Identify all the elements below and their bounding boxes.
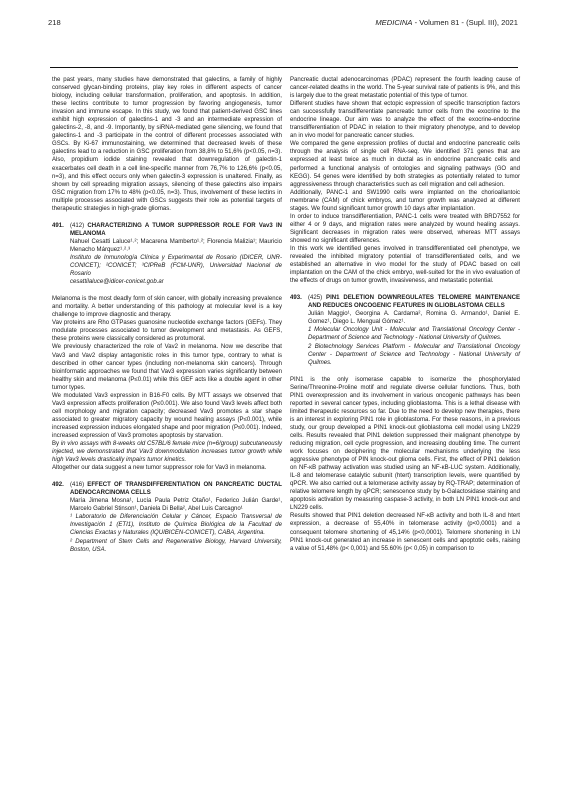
abstract-paragraph: We previously characterized the role of … — [52, 343, 282, 391]
abstract-authors: María Jimena Mosna¹, Lucía Paula Petriz … — [70, 497, 282, 513]
journal-volume: - Volumen 81 - (Supl. III), 2021 — [412, 18, 518, 27]
abstract-number: 491. — [52, 222, 70, 286]
journal-citation: MEDICINA - Volumen 81 - (Supl. III), 202… — [375, 18, 518, 27]
abstract-authors: Nahuel Cesatti Laluce¹˒²; Macarena Mambe… — [70, 238, 282, 254]
left-column: the past years, many studies have demons… — [52, 76, 282, 554]
page-header: 218 MEDICINA - Volumen 81 - (Supl. III),… — [48, 18, 518, 27]
abstract-body: PIN1 is the only isomerase capable to is… — [290, 376, 520, 553]
abstract-492: 492. (416) EFFECT OF TRANSDIFFERENTIATIO… — [52, 481, 282, 553]
abstract-affiliation: ² Department of Stem Cells and Regenerat… — [70, 538, 282, 554]
abstract-paragraph: Vav proteins are Rho GTPases guanosine n… — [52, 319, 282, 343]
abstract-number: 493. — [290, 294, 308, 366]
abstract-paragraph: Results showed that PIN1 deletion decrea… — [290, 512, 520, 552]
abstract-paragraph: Altogether our data suggest a new tumor … — [52, 464, 282, 472]
abstract-paragraph: PIN1 is the only isomerase capable to is… — [290, 376, 520, 513]
in-vivo-paragraph: in vivo assays with 8-weeks old C57BL/6 … — [52, 441, 282, 463]
abstract-body: Melanoma is the most deadly form of skin… — [52, 295, 282, 472]
abstract-affiliation: ¹ Laboratorio de Diferenciación Celular … — [70, 513, 282, 537]
continuation-paragraph: the past years, many studies have demons… — [52, 76, 282, 213]
abstract-title: (425) PIN1 DELETION DOWNREGULATES TELOME… — [308, 294, 520, 310]
abstract-code: (425) — [308, 295, 322, 301]
abstract-paragraph: In this work we identified genes involve… — [290, 245, 520, 285]
abstract-paragraph: Additionally, PANC-1 and SW1990 cells we… — [290, 189, 520, 213]
header-rule — [50, 67, 518, 68]
abstract-paragraph: We compared the gene expression profiles… — [290, 140, 520, 188]
abstract-title: (412) CHARACTERIZING A TUMOR SUPPRESSOR … — [70, 222, 282, 238]
abstract-title: (416) EFFECT OF TRANSDIFFERENTIATION ON … — [70, 481, 282, 497]
abstract-affiliation: 1 Molecular Oncology Unit - Molecular an… — [308, 326, 520, 342]
abstract-492-body: Pancreatic ductal adenocarcinomas (PDAC)… — [290, 76, 520, 285]
abstract-code: (416) — [70, 482, 84, 488]
abstract-paragraph: Melanoma is the most deadly form of skin… — [52, 295, 282, 319]
abstract-paragraph: We modulated Vav3 expression in B16-F0 c… — [52, 392, 282, 440]
abstract-email: cesattilaluce@idicer-conicet.gob.ar — [70, 278, 282, 286]
abstract-title-text: EFFECT OF TRANSDIFFERENTIATION ON PANCRE… — [70, 482, 282, 496]
abstract-491: 491. (412) CHARACTERIZING A TUMOR SUPPRE… — [52, 222, 282, 472]
abstract-number: 492. — [52, 481, 70, 553]
abstract-header: 491. (412) CHARACTERIZING A TUMOR SUPPRE… — [52, 222, 282, 286]
abstract-title-text: CHARACTERIZING A TUMOR SUPPRESSOR ROLE F… — [70, 223, 282, 237]
page-number: 218 — [48, 18, 61, 27]
abstract-paragraph: Pancreatic ductal adenocarcinomas (PDAC)… — [290, 76, 520, 100]
abstract-authors: Julián Maggio¹, Georgina A. Cardama², Ro… — [308, 310, 520, 326]
abstract-affiliation: Instituto de Inmunología Clínica y Exper… — [70, 254, 282, 278]
abstract-code: (412) — [70, 223, 84, 229]
abstract-affiliation: 2 Biotechnology Services Platform - Mole… — [308, 343, 520, 367]
abstract-493: 493. (425) PIN1 DELETION DOWNREGULATES T… — [290, 294, 520, 552]
abstract-header: 492. (416) EFFECT OF TRANSDIFFERENTIATIO… — [52, 481, 282, 553]
abstract-paragraph: By in vivo assays with 8-weeks old C57BL… — [52, 440, 282, 464]
journal-name: MEDICINA — [375, 18, 412, 27]
abstract-paragraph: Different studies have shown that ectopi… — [290, 100, 520, 140]
right-column: Pancreatic ductal adenocarcinomas (PDAC)… — [290, 76, 520, 553]
abstract-title-text: PIN1 DELETION DOWNREGULATES TELOMERE MAI… — [308, 295, 520, 309]
abstract-paragraph: In order to induce transdifferentiation,… — [290, 213, 520, 245]
abstract-header: 493. (425) PIN1 DELETION DOWNREGULATES T… — [290, 294, 520, 366]
